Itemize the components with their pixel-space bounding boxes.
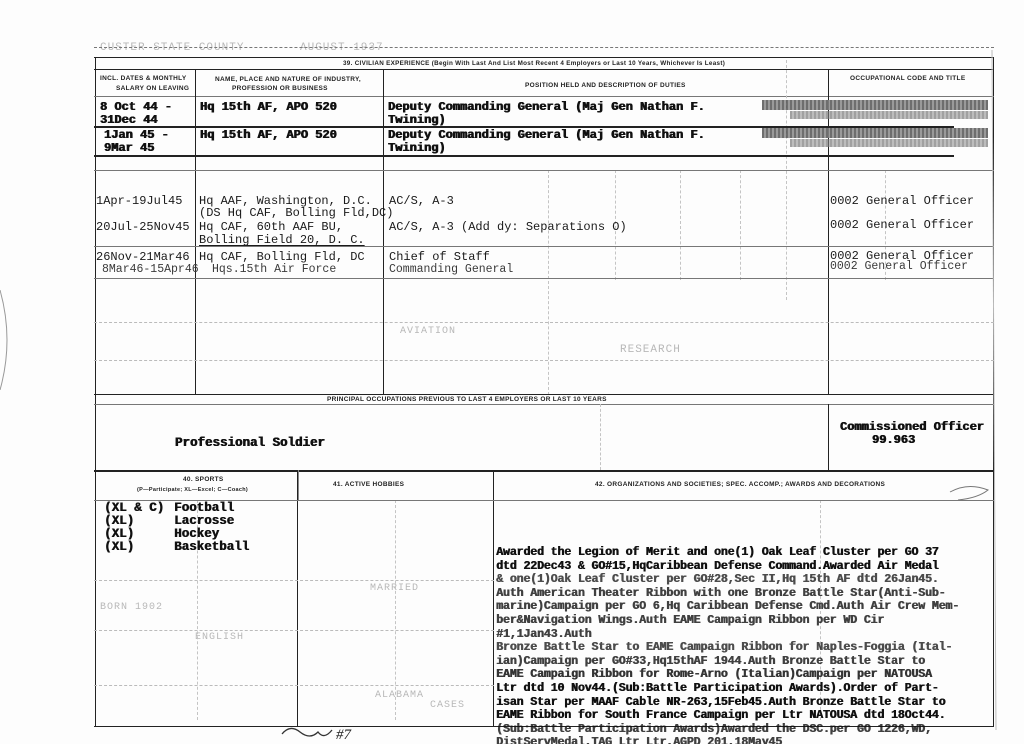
section39-title: 39. CIVILIAN EXPERIENCE (Begin With Last… [343,60,725,67]
faint-grid [600,404,601,470]
col-name-header-2: PROFESSION OR BUSINESS [232,85,328,92]
redacted-occupation [762,128,988,138]
col-dates-header: INCL. DATES & MONTHLY [100,75,186,82]
section42-title: 42. ORGANIZATIONS AND SOCIETIES; SPEC. A… [595,481,885,488]
awards-line: EAME Ribbon for South France Campaign pe… [496,709,986,723]
row-name: Bolling Field 20, D. C. [199,233,365,247]
row-occupation: 0002 General Officer [830,218,974,232]
struck-name: Hq 15th AF, APO 520 [200,128,337,142]
struck-dates: 31Dec 44 [100,113,158,127]
col-name-header: NAME, PLACE AND NATURE OF INDUSTRY, [215,76,361,83]
faint-grid [94,360,994,361]
row-occupation: 0002 General Officer [830,260,968,273]
faint-grid [94,630,494,631]
col-divider [383,69,384,395]
ghost-text: AVIATION [400,326,456,337]
awards-line: marine)Campaign per GO 6,Hq Caribbean De… [496,600,986,614]
row-position: AC/S, A-3 [389,194,454,208]
sport-name: Basketball [174,541,249,554]
redacted-occupation [790,111,988,119]
faint-grid [94,685,494,686]
redacted-occupation [790,139,988,147]
struck-position: Deputy Commanding General (Maj Gen Natha… [388,128,705,142]
divider [94,470,994,472]
row-dates: 26Nov-21Mar46 [96,250,190,264]
faint-grid [786,60,787,300]
section40-legend: (P—Participate; XL—Excel; C—Coach) [137,487,248,493]
col-divider [298,470,299,500]
occupation-code: 99.963 [872,433,915,447]
row-position: Commanding General [389,263,513,276]
form-border-left [95,57,96,727]
page-edge-curve [0,290,14,390]
awards-text-block: Awarded the Legion of Merit and one(1) O… [496,546,986,744]
faint-grid [740,170,741,280]
faint-grid [94,580,494,581]
divider [94,96,994,97]
row-dates: 1Apr-19Jul45 [96,194,182,208]
form-border-faint-top [94,47,994,48]
awards-line: Awarded the Legion of Merit and one(1) O… [496,546,986,560]
awards-line: Ltr dtd 10 Nov44.(Sub:Battle Participati… [496,682,986,696]
awards-line: dtd 22Dec43 & GO#15,HqCaribbean Defense … [496,560,986,574]
page-edge-shadow [986,50,1000,730]
row-name: Hq CAF, Bolling Fld, DC [199,250,365,264]
struck-position: Twining) [388,141,446,155]
ghost-text: BORN 1902 [100,602,163,613]
handwritten-signature-mark: #7 [280,722,370,744]
col-position-header: POSITION HELD AND DESCRIPTION OF DUTIES [525,82,686,89]
principal-occupation-value: Professional Soldier [175,436,325,450]
row-name: (DS Hq CAF, Bolling Fld,DC) [199,206,393,220]
awards-line: Auth American Theater Ribbon with one Br… [496,587,986,601]
row-position: Chief of Staff [389,250,490,264]
struck-dates: 1Jan 45 - [104,128,169,142]
row-dates: 8Mar46-15Apr46 [102,263,199,276]
occupation-code-title: Commissioned Officer [840,420,984,434]
ghost-text: ALABAMA [375,690,424,701]
struck-name: Hq 15th AF, APO 520 [200,100,337,114]
divider [94,170,994,171]
row-position: AC/S, A-3 (Add dy: Separations O) [389,220,627,234]
row-name: Hqs.15th Air Force [212,263,336,276]
awards-line: Bronze Battle Star to EAME Campaign Ribb… [496,641,986,655]
ghost-text: RESEARCH [620,344,681,356]
ghost-text: ENGLISH [195,632,244,643]
faint-grid [395,500,396,720]
form-border-top [94,57,994,58]
col-divider [297,470,298,726]
awards-line: (Sub:Battle Participation Awards)Awarded… [496,723,986,737]
ghost-text: AUGUST 1937 [300,42,384,54]
struck-dates: 8 Oct 44 - [100,100,172,114]
faint-grid [548,170,549,395]
col-divider [828,404,829,470]
awards-line: ian)Campaign per GO#33,Hq15thAF 1944.Aut… [496,655,986,669]
section41-title: 41. ACTIVE HOBBIES [333,481,404,488]
sport-item: (XL) Basketball [104,541,249,554]
struck-position: Deputy Commanding General (Maj Gen Natha… [388,100,705,114]
row-occupation: 0002 General Officer [830,194,974,208]
struck-dates: 9Mar 45 [104,141,154,155]
row-dates: 20Jul-25Nov45 [96,220,190,234]
col-divider [493,470,494,726]
handwritten-number: #7 [336,727,353,743]
col-occ-header: OCCUPATIONAL CODE AND TITLE [850,75,965,82]
strike-line [94,155,954,157]
faint-grid [680,170,681,280]
ghost-text: CUSTER STATE COUNTY [100,42,244,54]
row-name: Hq CAF, 60th AAF BU, [199,220,343,234]
divider [94,246,994,247]
divider [94,404,994,405]
redacted-occupation [762,100,988,110]
ghost-text: CASES [430,700,465,711]
divider [94,394,994,395]
section40-title: 40. SPORTS [183,476,224,483]
awards-line: ber&Navigation Wings.Auth EAME Campaign … [496,614,986,641]
faint-grid [94,322,994,323]
scanned-form-page: CUSTER STATE COUNTY AUGUST 1937 AVIATION… [0,0,1024,744]
divider [94,69,994,70]
sport-level: (XL) [104,541,174,554]
col-divider [195,69,196,395]
divider [94,278,994,279]
awards-line: EAME Campaign Ribbon for Rome-Arno (Ital… [496,668,986,682]
struck-position: Twining) [388,113,446,127]
awards-line: DistServMedal,TAG Ltr Ltr,AGPD 201,18May… [496,736,986,744]
awards-line: isan Star per MAAF Cable NR-263,15Feb45.… [496,696,986,710]
col-dates-header-2: SALARY ON LEAVING [116,85,189,92]
principal-occupations-header: PRINCIPAL OCCUPATIONS PREVIOUS TO LAST 4… [327,396,607,403]
sports-list: (XL & C) Football (XL) Lacrosse (XL) Hoc… [104,502,249,554]
awards-line: & one(1)Oak Leaf Cluster per GO#28,Sec I… [496,573,986,587]
